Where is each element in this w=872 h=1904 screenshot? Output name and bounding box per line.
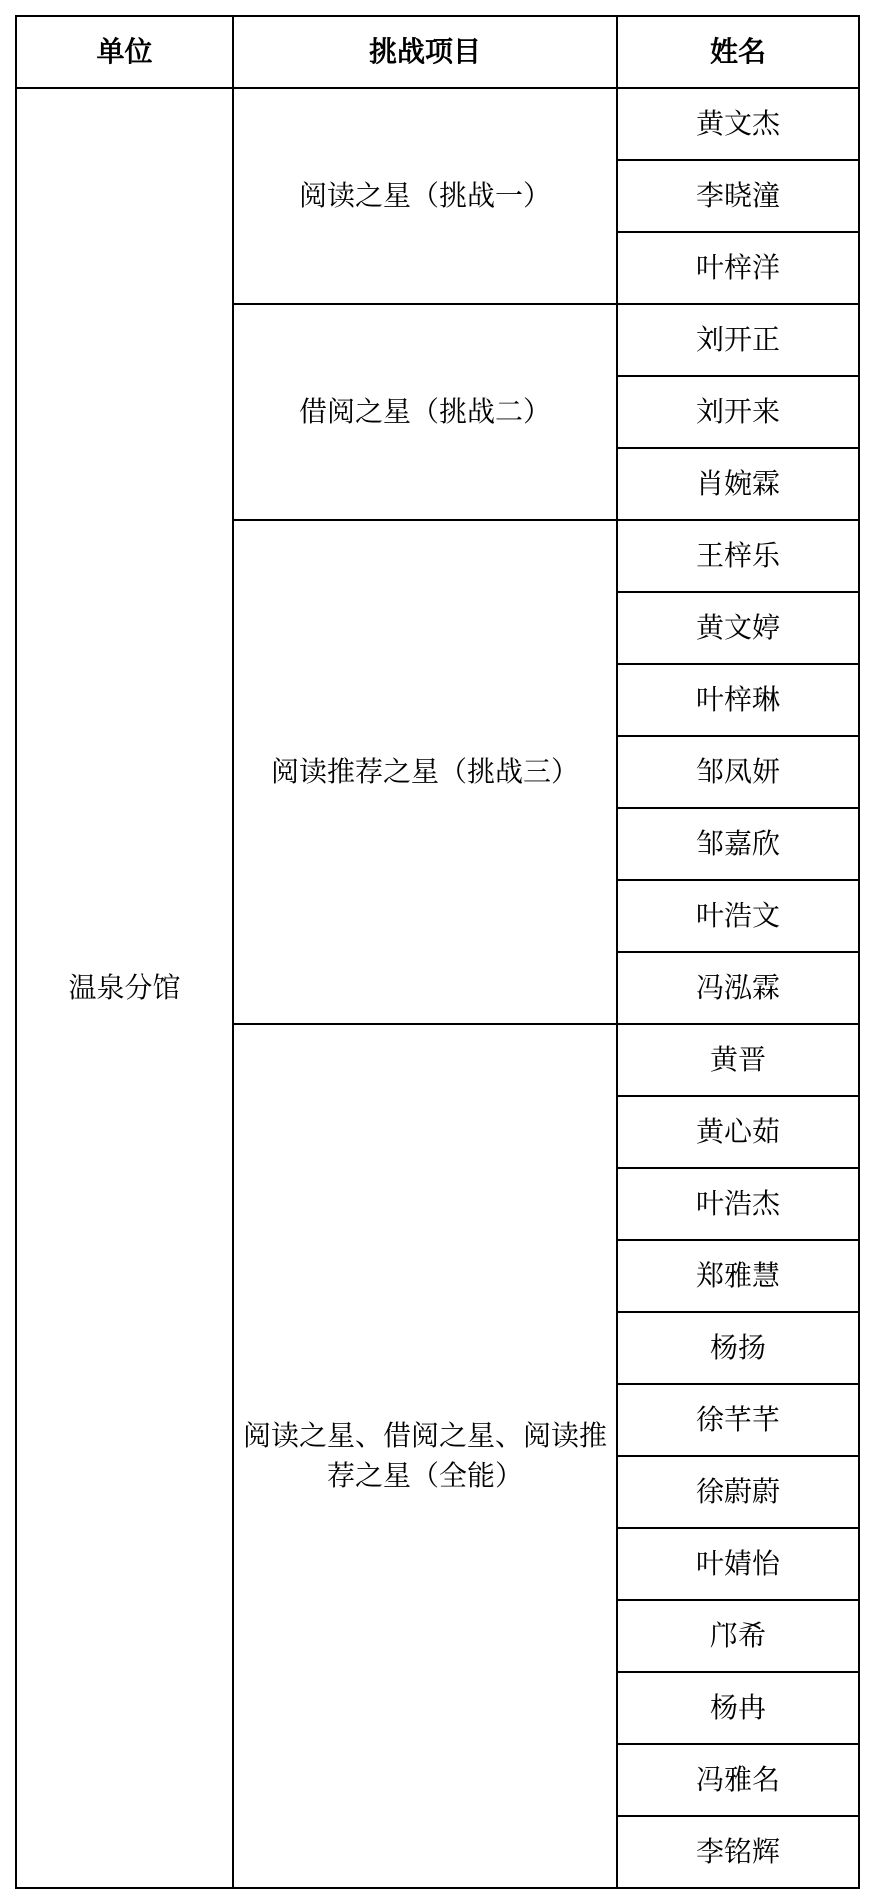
challenge-cell: 阅读推荐之星（挑战三）	[233, 520, 617, 1024]
name-cell: 邝希	[617, 1600, 859, 1672]
name-cell: 冯泓霖	[617, 952, 859, 1024]
roster-body: 温泉分馆阅读之星（挑战一）黄文杰李晓潼叶梓洋借阅之星（挑战二）刘开正刘开来肖婉霖…	[16, 88, 859, 1888]
name-cell: 邹凤妍	[617, 736, 859, 808]
name-cell: 叶梓洋	[617, 232, 859, 304]
name-cell: 黄文杰	[617, 88, 859, 160]
name-cell: 李晓潼	[617, 160, 859, 232]
header-unit: 单位	[16, 16, 233, 88]
name-cell: 肖婉霖	[617, 448, 859, 520]
header-challenge: 挑战项目	[233, 16, 617, 88]
name-cell: 李铭辉	[617, 1816, 859, 1888]
header-row: 单位 挑战项目 姓名	[16, 16, 859, 88]
name-cell: 郑雅慧	[617, 1240, 859, 1312]
unit-cell: 温泉分馆	[16, 88, 233, 1888]
name-cell: 邹嘉欣	[617, 808, 859, 880]
name-cell: 徐蔚蔚	[617, 1456, 859, 1528]
name-cell: 杨扬	[617, 1312, 859, 1384]
name-cell: 王梓乐	[617, 520, 859, 592]
name-cell: 刘开正	[617, 304, 859, 376]
name-cell: 黄文婷	[617, 592, 859, 664]
table-row: 温泉分馆阅读之星（挑战一）黄文杰	[16, 88, 859, 160]
name-cell: 叶浩杰	[617, 1168, 859, 1240]
challenge-cell: 阅读之星、借阅之星、阅读推荐之星（全能）	[233, 1024, 617, 1888]
name-cell: 黄晋	[617, 1024, 859, 1096]
challenge-cell: 阅读之星（挑战一）	[233, 88, 617, 304]
name-cell: 叶婧怡	[617, 1528, 859, 1600]
award-roster-table: 单位 挑战项目 姓名 温泉分馆阅读之星（挑战一）黄文杰李晓潼叶梓洋借阅之星（挑战…	[15, 15, 860, 1889]
name-cell: 叶梓琳	[617, 664, 859, 736]
name-cell: 叶浩文	[617, 880, 859, 952]
header-name: 姓名	[617, 16, 859, 88]
name-cell: 黄心茹	[617, 1096, 859, 1168]
name-cell: 冯雅名	[617, 1744, 859, 1816]
name-cell: 徐芊芊	[617, 1384, 859, 1456]
name-cell: 杨冉	[617, 1672, 859, 1744]
name-cell: 刘开来	[617, 376, 859, 448]
challenge-cell: 借阅之星（挑战二）	[233, 304, 617, 520]
